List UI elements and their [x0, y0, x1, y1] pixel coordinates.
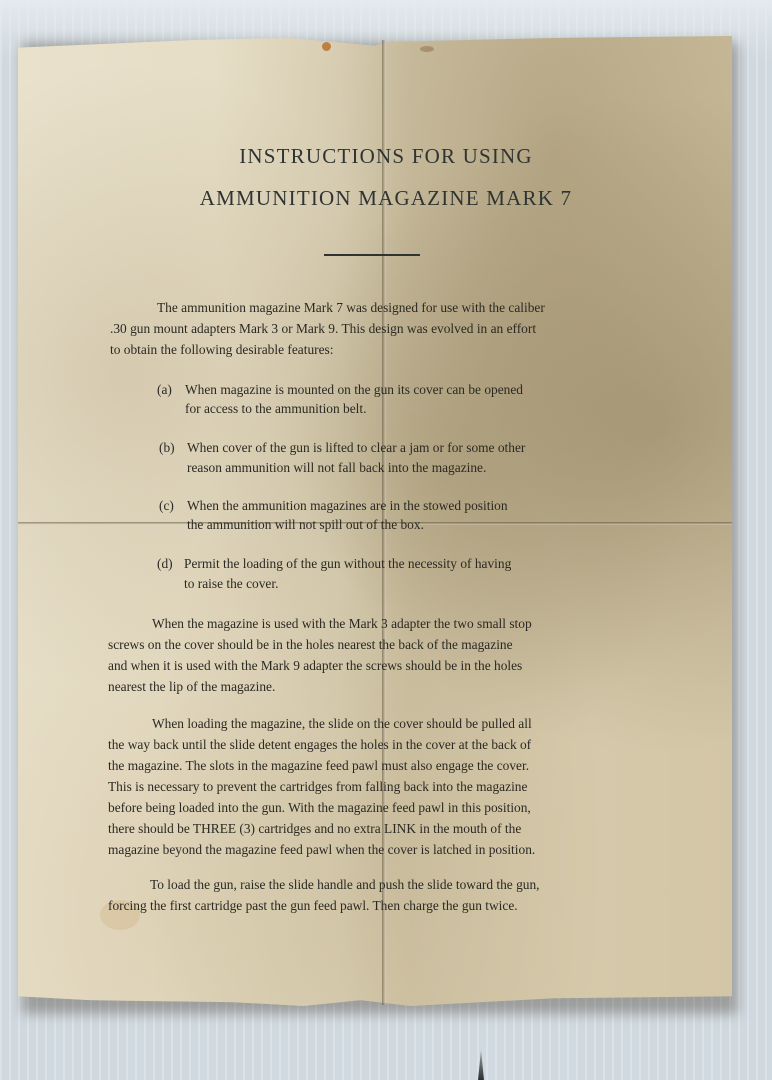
feature-label: (c) [159, 498, 174, 514]
feature-line: Permit the loading of the gun without th… [184, 556, 511, 572]
paragraph-line: screws on the cover should be in the hol… [108, 637, 513, 653]
feature-line: for access to the ammunition belt. [185, 401, 366, 417]
intro-line: The ammunition magazine Mark 7 was desig… [157, 300, 545, 316]
title-rule [324, 254, 420, 256]
document-title-line-1: INSTRUCTIONS FOR USING [0, 144, 772, 169]
stain-mark [420, 46, 434, 52]
paragraph-line: the way back until the slide detent enga… [108, 737, 531, 753]
feature-label: (d) [157, 556, 173, 572]
feature-line: When magazine is mounted on the gun its … [185, 382, 523, 398]
paragraph-line: forcing the first cartridge past the gun… [108, 898, 518, 914]
paragraph-line: and when it is used with the Mark 9 adap… [108, 658, 522, 674]
feature-line: to raise the cover. [184, 576, 278, 592]
intro-line: to obtain the following desirable featur… [110, 342, 333, 358]
paragraph-line: there should be THREE (3) cartridges and… [108, 821, 521, 837]
paragraph-line: To load the gun, raise the slide handle … [150, 877, 540, 893]
paragraph-line: the magazine. The slots in the magazine … [108, 758, 529, 774]
feature-line: When cover of the gun is lifted to clear… [187, 440, 525, 456]
paragraph-line: This is necessary to prevent the cartrid… [108, 779, 527, 795]
rust-spot [322, 42, 331, 51]
paragraph-line: When the magazine is used with the Mark … [152, 616, 532, 632]
feature-label: (a) [157, 382, 172, 398]
paragraph-line: nearest the lip of the magazine. [108, 679, 275, 695]
paragraph-line: before being loaded into the gun. With t… [108, 800, 531, 816]
document-title-line-2: AMMUNITION MAGAZINE MARK 7 [0, 186, 772, 211]
feature-line: reason ammunition will not fall back int… [187, 460, 486, 476]
paragraph-line: When loading the magazine, the slide on … [152, 716, 532, 732]
feature-line: When the ammunition magazines are in the… [187, 498, 508, 514]
intro-line: .30 gun mount adapters Mark 3 or Mark 9.… [110, 321, 536, 337]
paragraph-line: magazine beyond the magazine feed pawl w… [108, 842, 535, 858]
board-notch [478, 1050, 484, 1080]
feature-label: (b) [159, 440, 175, 456]
feature-line: the ammunition will not spill out of the… [187, 517, 424, 533]
